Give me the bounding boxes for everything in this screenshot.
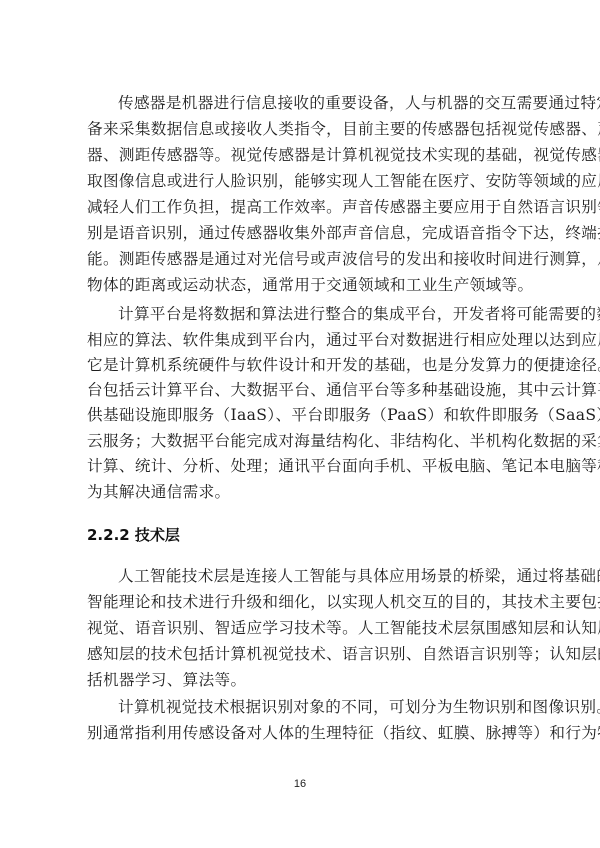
text-line: 感知层的技术包括计算机视觉技术、语言识别、自然语言识别等；认知层的技术包	[87, 644, 517, 664]
document-page: 传感器是机器进行信息接收的重要设备，人与机器的交互需要通过特定的设 备来采集数据…	[0, 0, 600, 848]
text-line: 计算、统计、分析、处理；通讯平台面向手机、平板电脑、笔记本电脑等移动设备，	[87, 456, 517, 476]
text-line: 物体的距离或运动状态，通常用于交通领域和工业生产领域等。	[87, 275, 517, 295]
page-number: 16	[0, 778, 600, 790]
text-line: 计算机视觉技术根据识别对象的不同，可划分为生物识别和图像识别。生物识	[118, 697, 517, 717]
text-line: 括机器学习、算法等。	[87, 670, 517, 690]
text-line: 台包括云计算平台、大数据平台、通信平台等多种基础设施，其中云计算平台可提	[87, 380, 517, 400]
text-line: 计算平台是将数据和算法进行整合的集成平台，开发者将可能需要的数据和	[118, 304, 517, 324]
text-line: 相应的算法、软件集成到平台内，通过平台对数据进行相应处理以达到应用的目的。	[87, 330, 517, 350]
text-line: 人工智能技术层是连接人工智能与具体应用场景的桥梁，通过将基础的人工	[118, 566, 517, 586]
text-line: 能。测距传感器是通过对光信号或声波信号的发出和接收时间进行测算，从而检测	[87, 249, 517, 269]
text-line: 供基础设施即服务（IaaS）、平台即服务（PaaS）和软件即服务（SaaS）三大…	[87, 405, 517, 425]
text-line: 它是计算机系统硬件与软件设计和开发的基础，也是分发算力的便捷途径。计算平	[87, 355, 517, 375]
text-line: 智能理论和技术进行升级和细化，以实现人机交互的目的，其技术主要包括计算机	[87, 592, 517, 612]
text-line: 减轻人们工作负担，提高工作效率。声音传感器主要应用于自然语言识别领域，特	[87, 197, 517, 217]
text-line: 取图像信息或进行人脸识别，能够实现人工智能在医疗、安防等领域的应用，从而	[87, 171, 517, 191]
text-line: 别是语音识别，通过传感器收集外部声音信息，完成语音指令下达，终端控制等功	[87, 223, 517, 243]
text-line: 别通常指利用传感设备对人体的生理特征（指纹、虹膜、脉搏等）和行为特征（声	[87, 723, 517, 743]
text-line: 器、测距传感器等。视觉传感器是计算机视觉技术实现的基础，视觉传感器通过获	[87, 145, 517, 165]
text-line: 为其解决通信需求。	[87, 482, 517, 502]
text-line: 视觉、语音识别、智适应学习技术等。人工智能技术层氛围感知层和认知层两部分，	[87, 618, 517, 638]
text-line: 云服务；大数据平台能完成对海量结构化、非结构化、半机构化数据的采集、存储、	[87, 431, 517, 451]
text-line: 传感器是机器进行信息接收的重要设备，人与机器的交互需要通过特定的设	[118, 93, 517, 113]
text-line: 备来采集数据信息或接收人类指令，目前主要的传感器包括视觉传感器、声音传感	[87, 119, 517, 139]
section-heading: 2.2.2 技术层	[87, 525, 180, 545]
